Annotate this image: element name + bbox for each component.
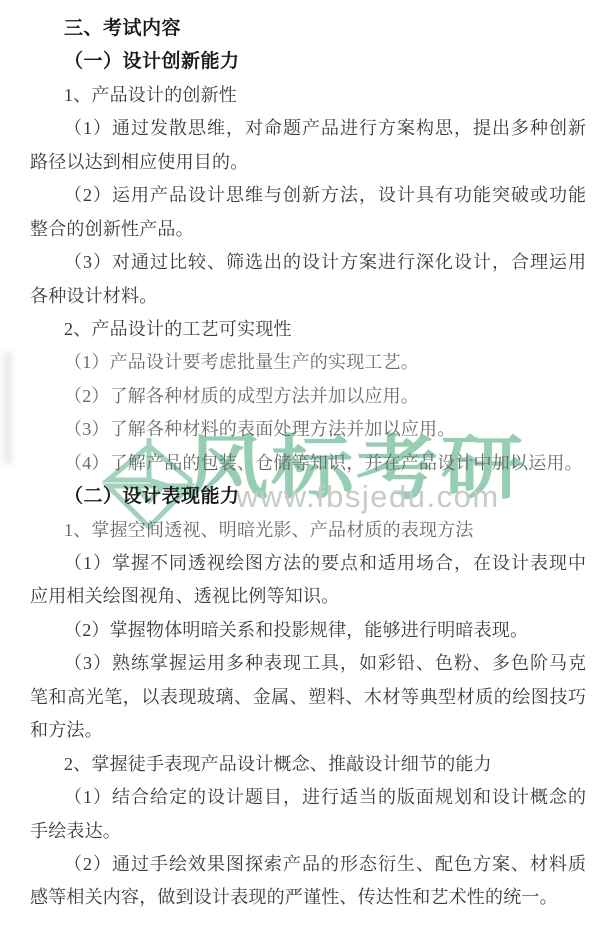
text-line: 感等相关内容，做到设计表现的严谨性、传达性和艺术性的统一。 [30,881,586,914]
heading-design-innovation: （一）设计创新能力 [30,45,586,78]
text-line: （1）结合给定的设计题目，进行适当的版面规划和设计概念的 [30,781,586,814]
text-line: 2、掌握徒手表现产品设计概念、推敲设计细节的能力 [30,748,586,781]
document-content: 三、考试内容 （一）设计创新能力 1、产品设计的创新性 （1）通过发散思维，对命… [0,0,612,915]
text-line: 和方法。 [30,714,586,747]
text-line: 各种设计材料。 [30,280,586,313]
text-line: （2）通过手绘效果图探索产品的形态衍生、配色方案、材料质 [30,848,586,881]
text-line: 应用相关绘图视角、透视比例等知识。 [30,580,586,613]
text-line: 笔和高光笔，以表现玻璃、金属、塑料、木材等典型材质的绘图技巧 [30,681,586,714]
text-line: （4）了解产品的包装、仓储等知识，并在产品设计中加以运用。 [30,447,586,480]
heading-design-expression: （二）设计表现能力 [30,480,586,513]
text-line: （2）掌握物体明暗关系和投影规律，能够进行明暗表现。 [30,614,586,647]
text-line: （1）产品设计要考虑批量生产的实现工艺。 [30,346,586,379]
text-line: 2、产品设计的工艺可实现性 [30,313,586,346]
text-line: （1）掌握不同透视绘图方法的要点和适用场合，在设计表现中 [30,547,586,580]
document-page: 风标考研 www.fbsjedu.com 三、考试内容 （一）设计创新能力 1、… [0,0,612,925]
text-line: （3）对通过比较、筛选出的设计方案进行深化设计，合理运用 [30,246,586,279]
text-line: （1）通过发散思维，对命题产品进行方案构思，提出多种创新 [30,112,586,145]
text-line: 1、掌握空间透视、明暗光影、产品材质的表现方法 [30,514,586,547]
text-line: 1、产品设计的创新性 [30,79,586,112]
text-line: （3）熟练掌握运用多种表现工具，如彩铅、色粉、多色阶马克 [30,647,586,680]
text-line: （3）了解各种材料的表面处理方法并加以应用。 [30,413,586,446]
text-line: （2）运用产品设计思维与创新方法，设计具有功能突破或功能 [30,179,586,212]
text-line: 路径以达到相应使用目的。 [30,146,586,179]
text-line: 整合的创新性产品。 [30,213,586,246]
heading-exam-content: 三、考试内容 [30,12,586,45]
text-line: （2）了解各种材质的成型方法并加以应用。 [30,380,586,413]
text-line: 手绘表达。 [30,815,586,848]
